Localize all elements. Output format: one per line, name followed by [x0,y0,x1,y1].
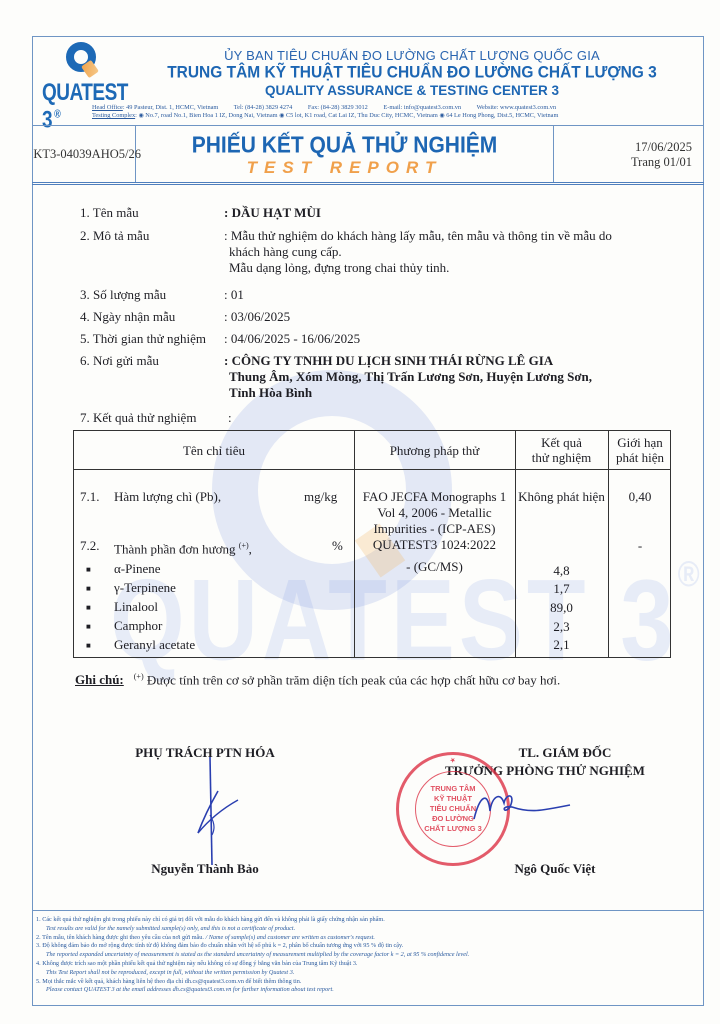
report-date-page: 17/06/2025 Trang 01/01 [631,140,692,170]
head-office-line: Head Office: 49 Pasteur, Dist. 1, HCMC, … [92,104,702,111]
location-pin-icon: ◉ [439,112,444,119]
component-row: ■ γ-Terpinene 1,7 [74,580,672,598]
col-header-method: Phương pháp thử [354,431,515,469]
footer-note-4: 4. Không được trích sao một phần phiếu k… [36,960,704,969]
location-pin-icon: ◉ [138,112,143,119]
footer-note-5: 5. Mọi thắc mắc về kết quả, khách hàng l… [36,978,704,987]
col-header-parameter: Tên chỉ tiêu [74,431,354,469]
signature-left-icon [190,755,250,870]
agency-name: ỦY BAN TIÊU CHUẨN ĐO LƯỜNG CHẤT LƯỢNG QU… [132,48,692,63]
signer-title-right-1: TL. GIÁM ĐỐC [470,745,660,761]
footer-note-3: 3. Độ không đảm bảo đo mở rộng được tính… [36,942,704,951]
report-title: PHIẾU KẾT QUẢ THỬ NGHIỆM TEST REPORT [136,126,554,182]
email: E-mail: info@quatest3.com.vn [383,104,461,111]
signature-right-icon [470,785,580,835]
component-row: ■ α-Pinene 4,8 [74,561,672,579]
footer-note-1: 1. Các kết quả thử nghiệm ghi trong phiế… [36,916,704,925]
note-text: Được tính trên cơ sở phần trăm diện tích… [147,672,560,687]
report-title-en: TEST REPORT [136,158,553,178]
signer-name-right: Ngô Quốc Việt [450,861,660,877]
footer-notes: 1. Các kết quả thử nghiệm ghi trong phiế… [32,910,704,1004]
col-header-lod: Giới hạnphát hiện [608,431,672,469]
col-header-result: Kết quảthử nghiệm [515,431,608,469]
report-code: KT3-04039AHO5/26 [32,126,136,182]
note-label: Ghi chú: [75,672,124,687]
location-pin-icon: ◉ [279,112,284,119]
report-date: 17/06/2025 [631,140,692,155]
fax: Fax: (84-28) 3829 3012 [308,104,368,111]
page-number: Trang 01/01 [631,155,692,170]
tel: Tel: (84-28) 3829 4274 [234,104,293,111]
footer-note-2: 2. Tên mẫu, tên khách hàng được ghi theo… [36,934,704,943]
component-row: ■ Camphor 2,3 [74,618,672,636]
website: Website: www.quatest3.com.vn [477,104,557,111]
title-band: KT3-04039AHO5/26 PHIẾU KẾT QUẢ THỬ NGHIỆ… [32,125,704,185]
results-table: Tên chỉ tiêu Phương pháp thử Kết quảthử … [73,430,671,658]
quatest-logo: QUATEST 3® [40,40,128,102]
report-title-vn: PHIẾU KẾT QUẢ THỬ NGHIỆM [136,133,553,159]
component-row: ■ Geranyl acetate 2,1 [74,637,672,655]
component-row: ■ Linalool 89,0 [74,599,672,617]
center-name-vn: TRUNG TÂM KỸ THUẬT TIÊU CHUẨN ĐO LƯỜNG C… [132,63,692,83]
note: Ghi chú:(+) Được tính trên cơ sở phần tr… [75,672,560,688]
letterhead: QUATEST 3® ỦY BAN TIÊU CHUẨN ĐO LƯỜNG CH… [32,36,704,126]
testing-complex-line: Testing Complex: ◉ No.7, road No.1, Bien… [92,112,702,119]
center-name-en: QUALITY ASSURANCE & TESTING CENTER 3 [132,83,692,98]
